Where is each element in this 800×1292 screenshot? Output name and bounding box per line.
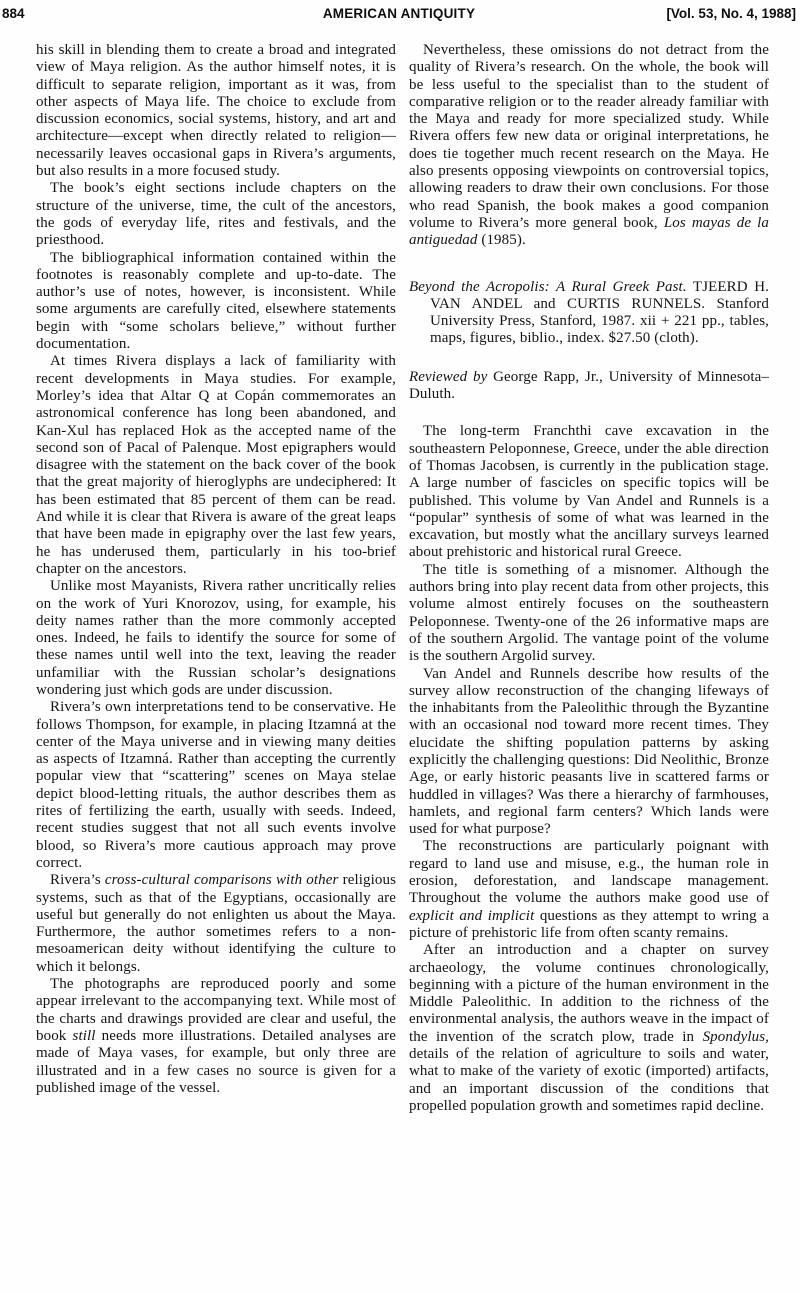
left-column: his skill in blending them to create a b… xyxy=(36,42,396,1115)
reviewed-by-line: Reviewed by George Rapp, Jr., University… xyxy=(409,369,769,404)
review-paragraph: After an introduction and a chapter on s… xyxy=(409,942,769,1115)
review-paragraph: The photographs are reproduced poorly an… xyxy=(36,976,396,1097)
review-paragraph: At times Rivera displays a lack of famil… xyxy=(36,353,396,578)
journal-title: AMERICAN ANTIQUITY xyxy=(162,6,636,21)
page-header: 884 AMERICAN ANTIQUITY [Vol. 53, No. 4, … xyxy=(2,6,796,21)
review-paragraph: The reconstructions are particularly poi… xyxy=(409,838,769,942)
review-paragraph: Rivera’s cross-cultural comparisons with… xyxy=(36,872,396,976)
review-paragraph: Unlike most Mayanists, Rivera rather unc… xyxy=(36,578,396,699)
review-paragraph: Nevertheless, these omissions do not det… xyxy=(409,42,769,250)
review-paragraph: Van Andel and Runnels describe how resul… xyxy=(409,666,769,839)
text-columns: his skill in blending them to create a b… xyxy=(36,42,769,1115)
right-column: Nevertheless, these omissions do not det… xyxy=(409,42,769,1115)
book-citation: Beyond the Acropolis: A Rural Greek Past… xyxy=(409,279,769,348)
volume-info: [Vol. 53, No. 4, 1988] xyxy=(636,6,796,21)
review-paragraph: his skill in blending them to create a b… xyxy=(36,42,396,180)
review-paragraph: Rivera’s own interpretations tend to be … xyxy=(36,699,396,872)
review-paragraph: The book’s eight sections include chapte… xyxy=(36,180,396,249)
review-paragraph: The long-term Franchthi cave excavation … xyxy=(409,423,769,561)
review-paragraph: The bibliographical information containe… xyxy=(36,250,396,354)
review-paragraph: The title is something of a misnomer. Al… xyxy=(409,562,769,666)
journal-page: 884 AMERICAN ANTIQUITY [Vol. 53, No. 4, … xyxy=(0,0,800,1292)
page-number: 884 xyxy=(2,6,162,21)
